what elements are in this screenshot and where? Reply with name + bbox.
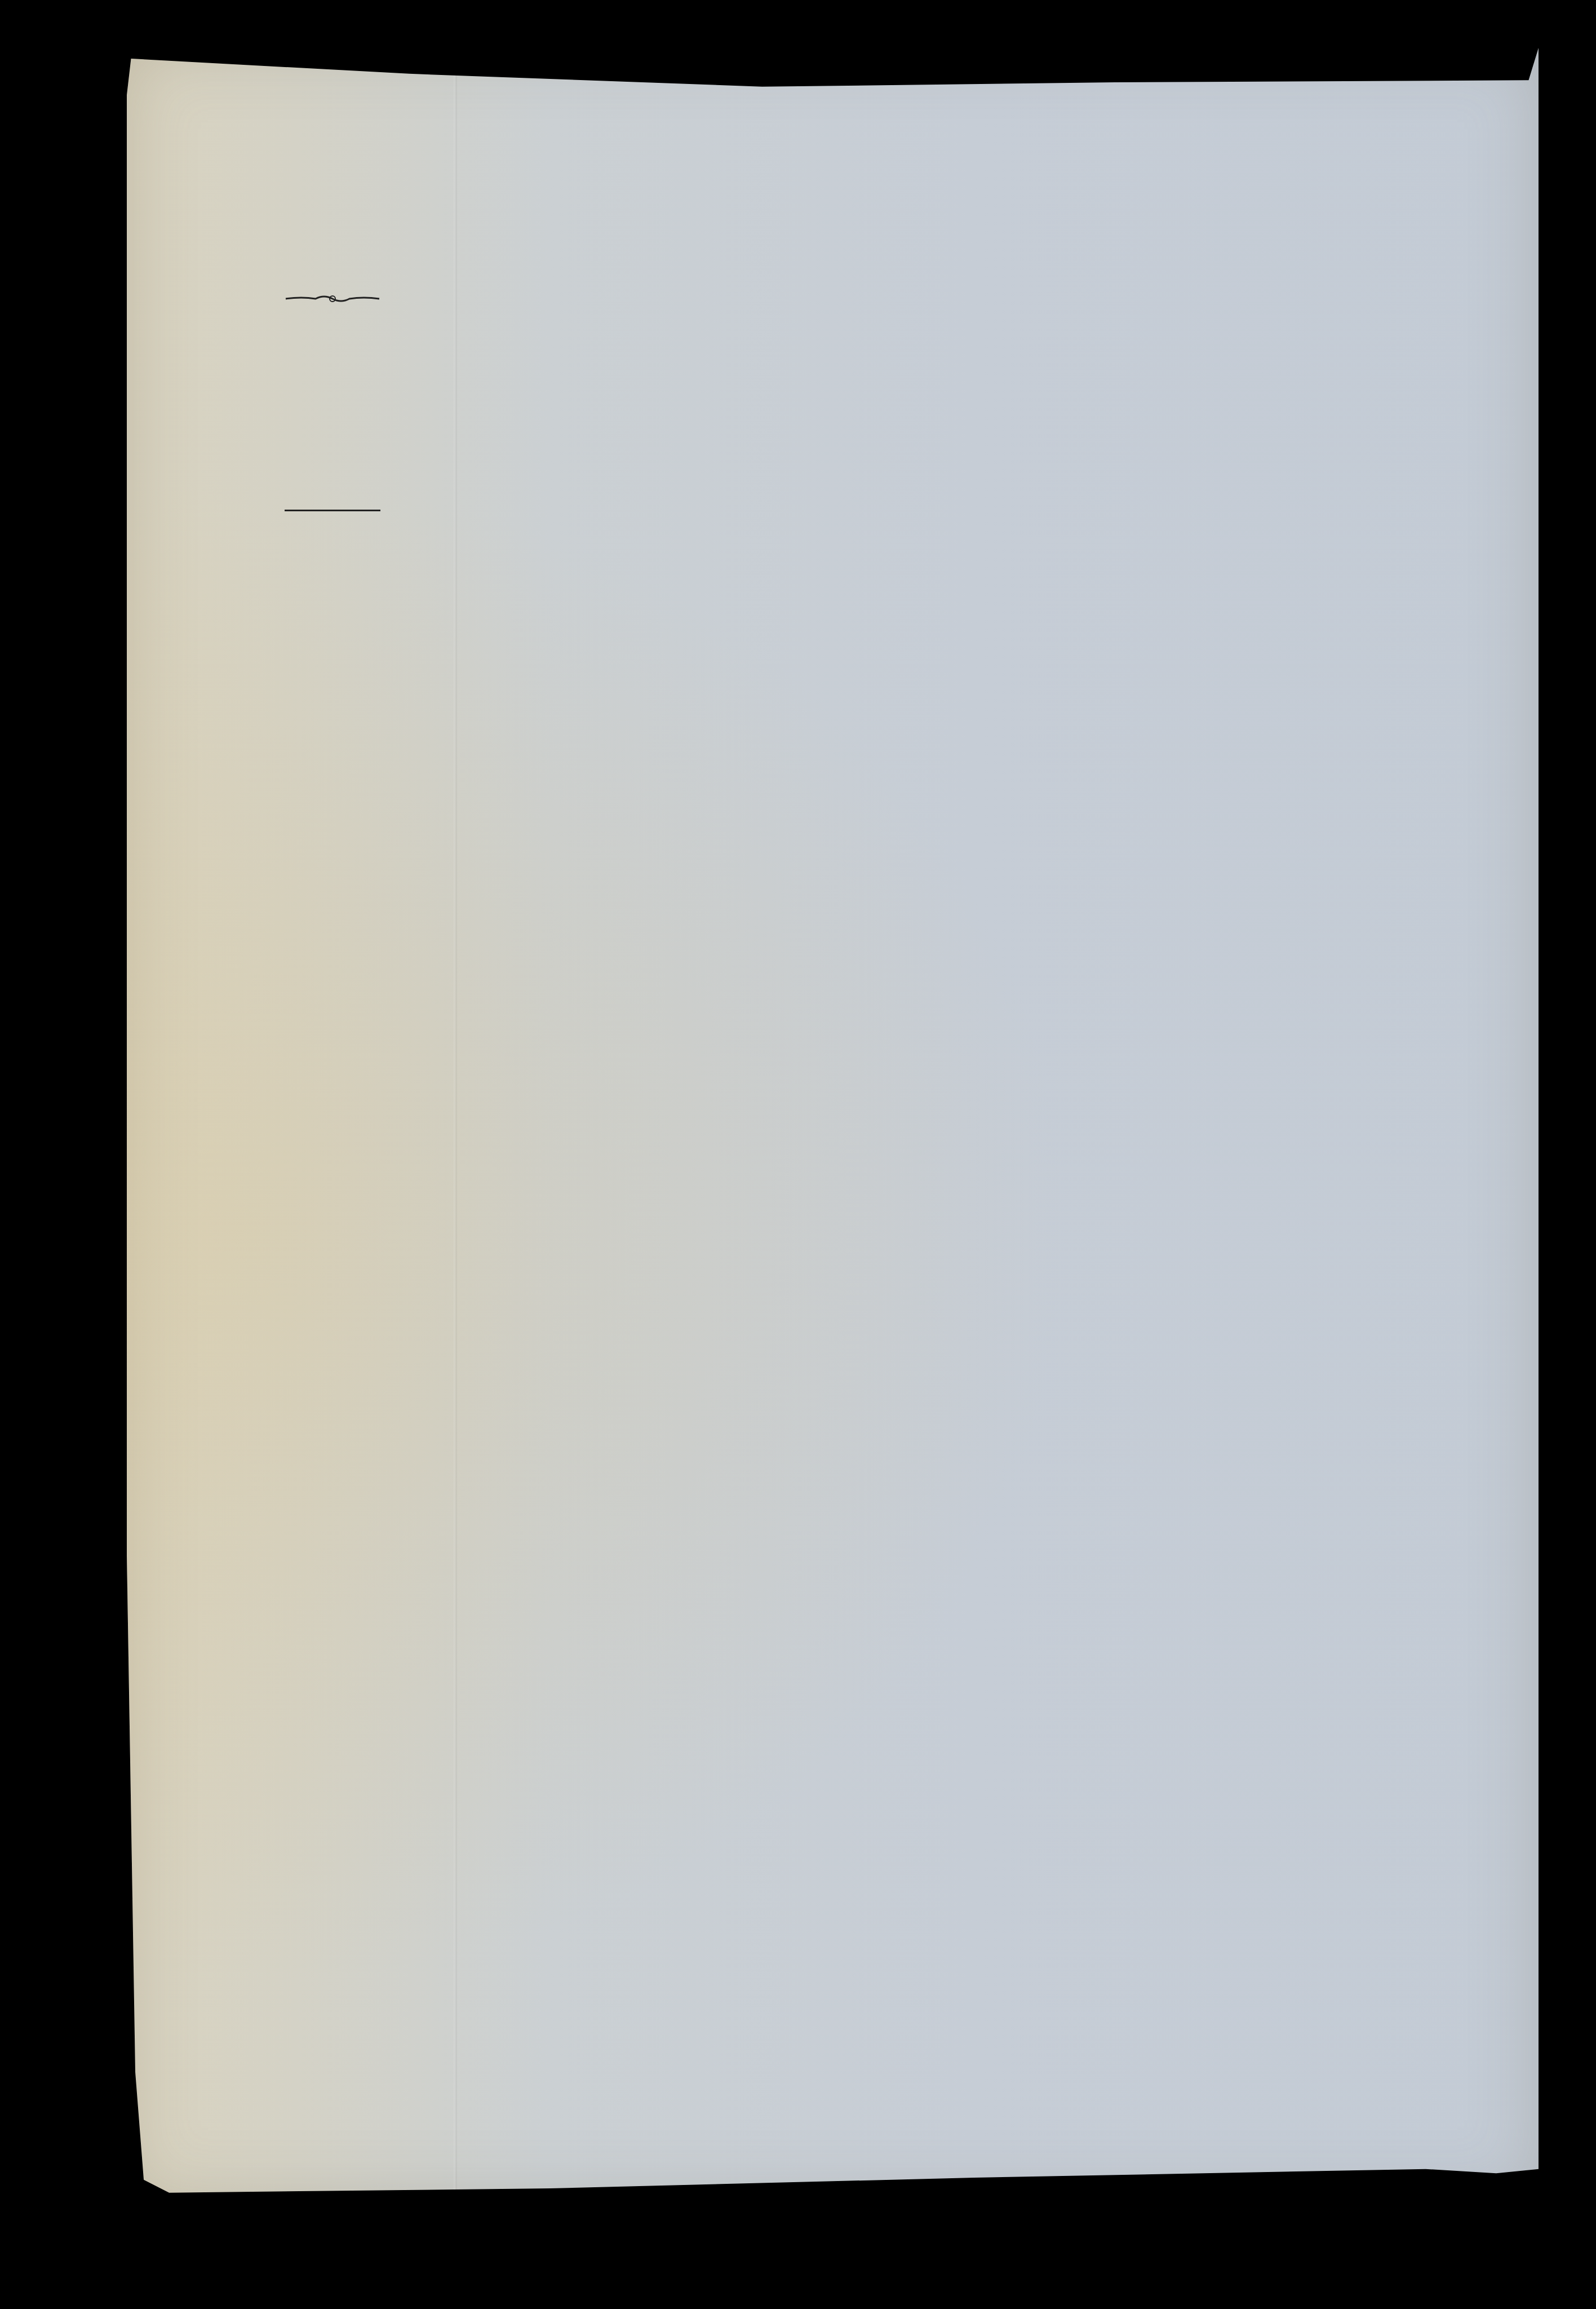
letter-sheet [127, 48, 1539, 2201]
divider [285, 510, 380, 511]
paper-fold [454, 48, 457, 2201]
ornament-divider [285, 293, 380, 304]
